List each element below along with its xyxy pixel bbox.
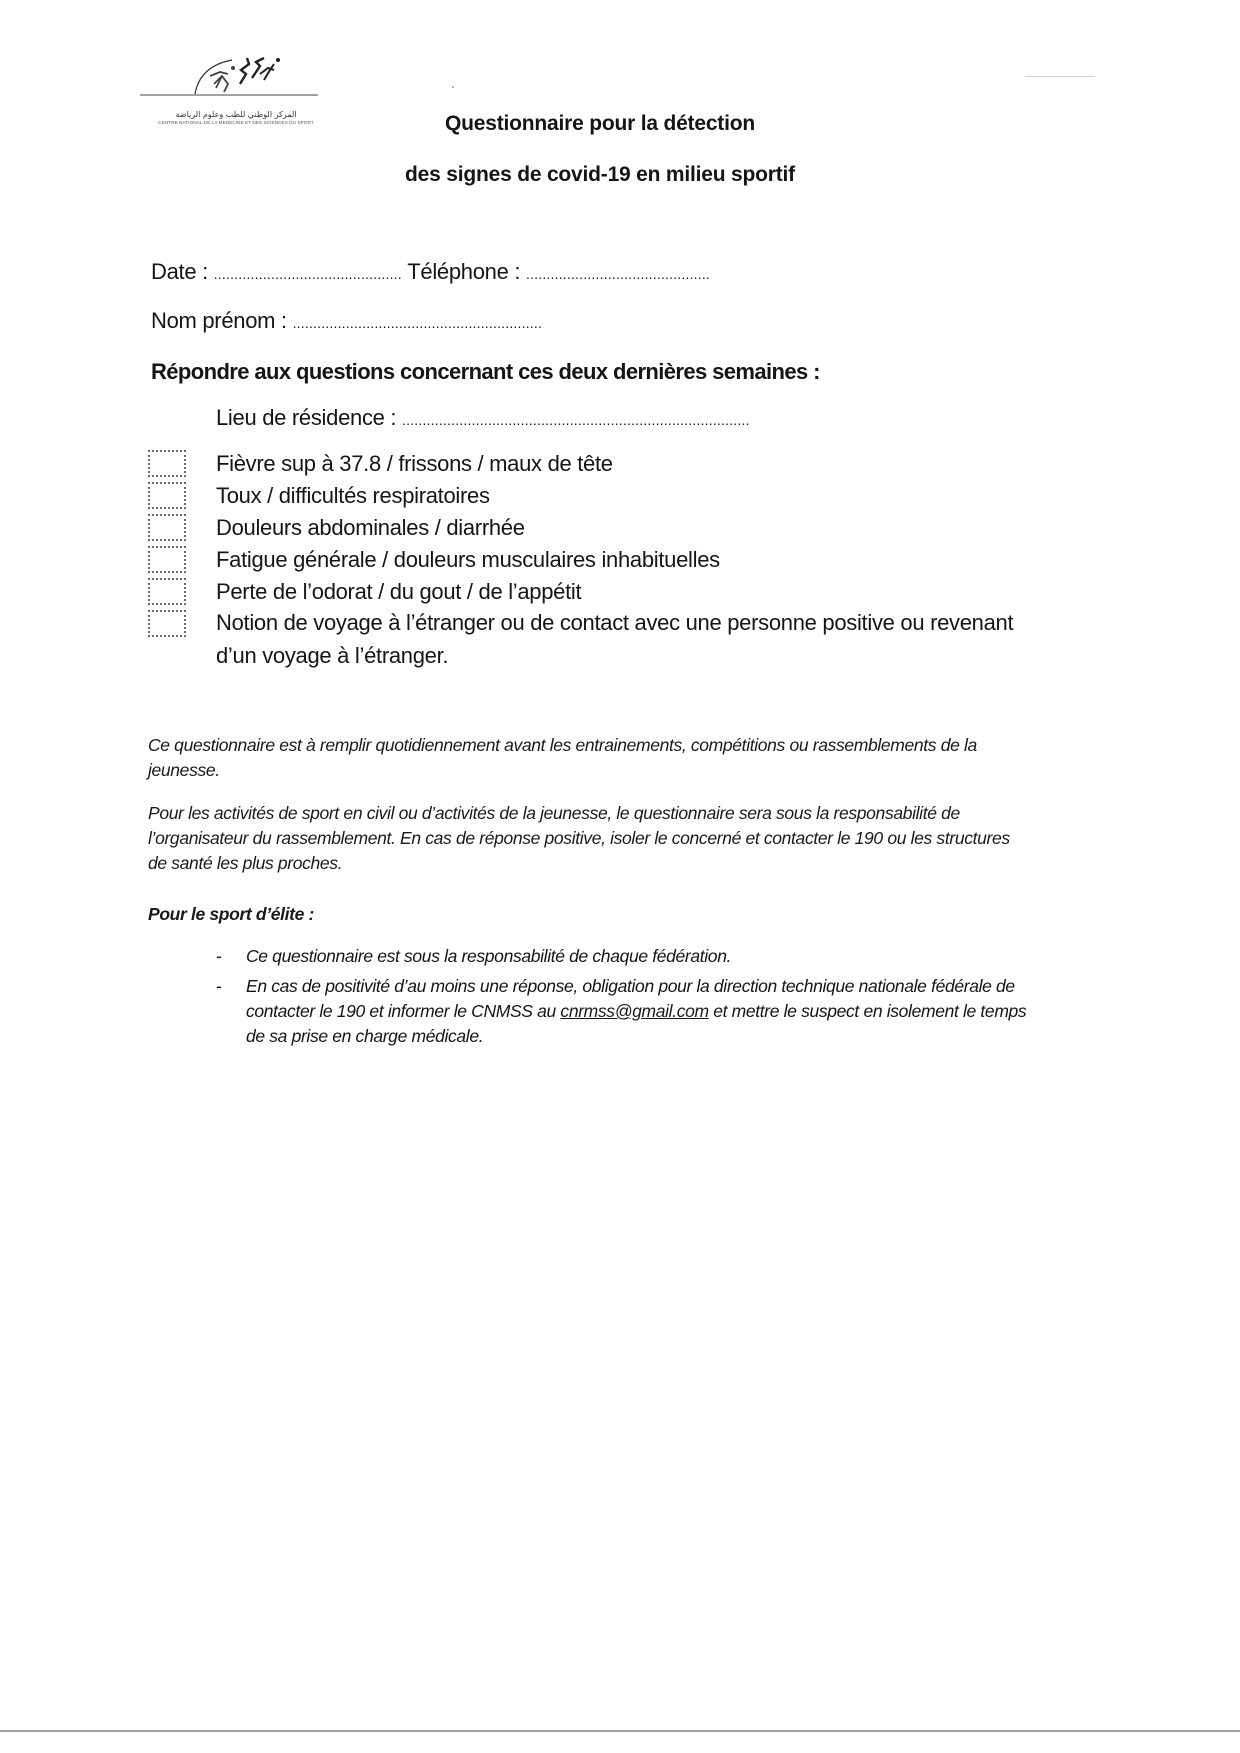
- symptom-label: Notion de voyage à l’étranger ou de cont…: [216, 606, 1016, 672]
- contact-email-link[interactable]: cnrmss@gmail.com: [560, 1001, 708, 1021]
- symptom-label: Perte de l’odorat / du gout / de l’appét…: [216, 577, 581, 607]
- symptom-label: Toux / difficultés respiratoires: [216, 481, 490, 511]
- document-title-line1: Questionnaire pour la détection: [300, 112, 900, 136]
- elite-sport-heading: Pour le sport d’élite :: [148, 902, 1028, 927]
- bullet-dash: -: [216, 944, 221, 969]
- bullet-text: Ce questionnaire est sous la responsabil…: [246, 946, 731, 966]
- checkbox-fever[interactable]: [148, 450, 186, 477]
- note-civil-activities: Pour les activités de sport en civil ou …: [148, 801, 1028, 876]
- symptom-label: Fièvre sup à 37.8 / frissons / maux de t…: [216, 449, 613, 479]
- checkbox-smell-taste[interactable]: [148, 578, 186, 605]
- elite-sport-list: - Ce questionnaire est sous la responsab…: [212, 944, 1032, 1054]
- scan-artifact: [1025, 76, 1095, 77]
- list-item: - En cas de positivité d’au moins une ré…: [212, 974, 1032, 1049]
- residence-row: Lieu de résidence : ....................…: [216, 405, 750, 431]
- document-title-line2: des signes de covid-19 en milieu sportif: [300, 163, 900, 187]
- runners-logo-icon: [140, 54, 340, 114]
- phone-label: Téléphone :: [407, 259, 520, 284]
- name-row: Nom prénom : ...........................…: [151, 308, 542, 334]
- note-daily-fill: Ce questionnaire est à remplir quotidien…: [148, 733, 1028, 783]
- date-label: Date :: [151, 259, 208, 284]
- page-bottom-edge: [0, 1730, 1240, 1732]
- checkbox-abdominal[interactable]: [148, 514, 186, 541]
- date-field[interactable]: ........................................…: [214, 266, 402, 282]
- name-label: Nom prénom :: [151, 308, 287, 333]
- instruction-heading: Répondre aux questions concernant ces de…: [151, 359, 820, 385]
- date-phone-row: Date : .................................…: [151, 259, 710, 285]
- symptom-label: Douleurs abdominales / diarrhée: [216, 513, 525, 543]
- list-item: - Ce questionnaire est sous la responsab…: [212, 944, 1032, 969]
- residence-label: Lieu de résidence :: [216, 405, 396, 430]
- bullet-dash: -: [216, 974, 221, 999]
- name-field[interactable]: ........................................…: [293, 315, 542, 331]
- residence-field[interactable]: ........................................…: [402, 412, 750, 428]
- checkbox-cough[interactable]: [148, 482, 186, 509]
- phone-field[interactable]: ........................................…: [526, 266, 710, 282]
- symptom-label: Fatigue générale / douleurs musculaires …: [216, 545, 720, 575]
- scan-artifact-dot: [452, 86, 454, 88]
- checkbox-travel-contact[interactable]: [148, 610, 186, 637]
- checkbox-fatigue[interactable]: [148, 546, 186, 573]
